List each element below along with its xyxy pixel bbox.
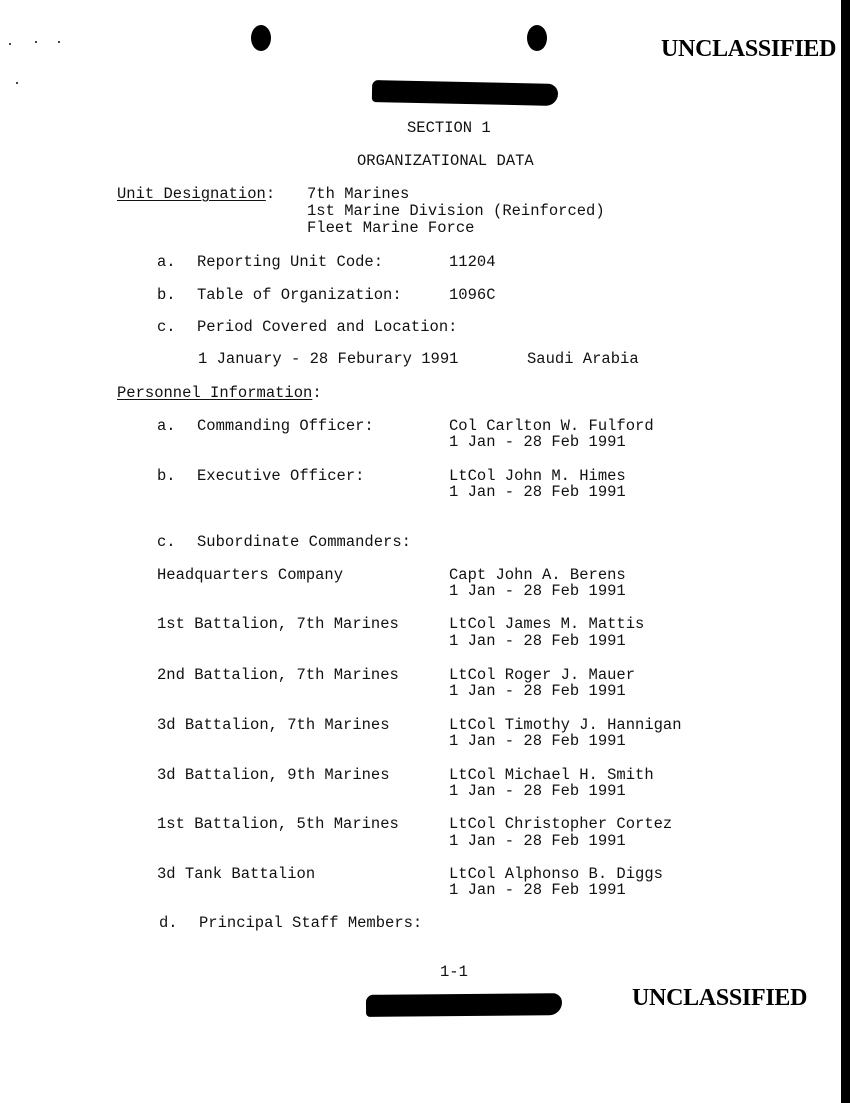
unit-designation-line: 1st Marine Division (Reinforced)	[307, 203, 605, 220]
executive-officer-label: Executive Officer:	[197, 468, 364, 485]
scan-speck	[58, 41, 60, 43]
item-letter: a.	[157, 418, 176, 435]
period-covered-label: Period Covered and Location:	[197, 319, 457, 336]
personnel-colon: :	[312, 384, 321, 402]
subordinate-unit: Headquarters Company	[157, 567, 343, 584]
personnel-label-row: Personnel Information:	[117, 385, 322, 402]
scan-speck	[9, 43, 11, 45]
subordinate-commander-name: LtCol Christopher Cortez	[449, 816, 672, 833]
section-heading: SECTION 1	[407, 120, 491, 137]
reporting-unit-code-label: Reporting Unit Code:	[197, 254, 383, 271]
subordinate-commander-dates: 1 Jan - 28 Feb 1991	[449, 683, 626, 700]
item-letter: d.	[159, 915, 178, 932]
classification-bottom: UNCLASSIFIED	[632, 985, 807, 1012]
subordinate-commander-dates: 1 Jan - 28 Feb 1991	[449, 633, 626, 650]
commanding-officer-dates: 1 Jan - 28 Feb 1991	[449, 434, 626, 451]
item-letter: b.	[157, 287, 176, 304]
unit-designation-colon: :	[266, 185, 275, 203]
unit-designation-label: Unit Designation	[117, 185, 266, 203]
unit-designation-line: Fleet Marine Force	[307, 220, 474, 237]
personnel-label: Personnel Information	[117, 384, 312, 402]
subordinate-commander-dates: 1 Jan - 28 Feb 1991	[449, 733, 626, 750]
commanding-officer-label: Commanding Officer:	[197, 418, 374, 435]
reporting-unit-code-value: 11204	[449, 254, 496, 271]
item-letter: b.	[157, 468, 176, 485]
principal-staff-label: Principal Staff Members:	[199, 915, 422, 932]
page-title: ORGANIZATIONAL DATA	[357, 153, 534, 170]
subordinate-unit: 3d Tank Battalion	[157, 866, 315, 883]
punch-hole-right	[527, 25, 547, 51]
table-of-organization-label: Table of Organization:	[197, 287, 402, 304]
scan-speck	[16, 82, 18, 84]
subordinate-unit: 3d Battalion, 9th Marines	[157, 767, 390, 784]
subordinate-unit: 1st Battalion, 5th Marines	[157, 816, 399, 833]
subordinate-commander-dates: 1 Jan - 28 Feb 1991	[449, 882, 626, 899]
executive-officer-dates: 1 Jan - 28 Feb 1991	[449, 484, 626, 501]
item-letter: c.	[157, 534, 176, 551]
subordinate-unit: 1st Battalion, 7th Marines	[157, 616, 399, 633]
unit-designation-label-row: Unit Designation:	[117, 186, 275, 203]
period-location: Saudi Arabia	[527, 351, 639, 368]
table-of-organization-value: 1096C	[449, 287, 496, 304]
item-letter: a.	[157, 254, 176, 271]
subordinate-commander-dates: 1 Jan - 28 Feb 1991	[449, 583, 626, 600]
subordinate-unit: 2nd Battalion, 7th Marines	[157, 667, 399, 684]
subordinate-unit: 3d Battalion, 7th Marines	[157, 717, 390, 734]
scan-speck	[35, 41, 37, 43]
page-number: 1-1	[440, 964, 468, 981]
redaction-bar-top	[372, 80, 558, 106]
item-letter: c.	[157, 319, 176, 336]
subordinate-commander-dates: 1 Jan - 28 Feb 1991	[449, 783, 626, 800]
redaction-bar-bottom	[366, 993, 562, 1017]
unit-designation-line: 7th Marines	[307, 186, 409, 203]
subordinate-commander-name: LtCol James M. Mattis	[449, 616, 644, 633]
classification-top: UNCLASSIFIED	[661, 36, 836, 63]
punch-hole-left	[251, 25, 271, 51]
subordinate-commanders-label: Subordinate Commanders:	[197, 534, 411, 551]
scan-edge-bar	[841, 0, 850, 1103]
subordinate-commander-dates: 1 Jan - 28 Feb 1991	[449, 833, 626, 850]
period-dates: 1 January - 28 Feburary 1991	[198, 351, 458, 368]
